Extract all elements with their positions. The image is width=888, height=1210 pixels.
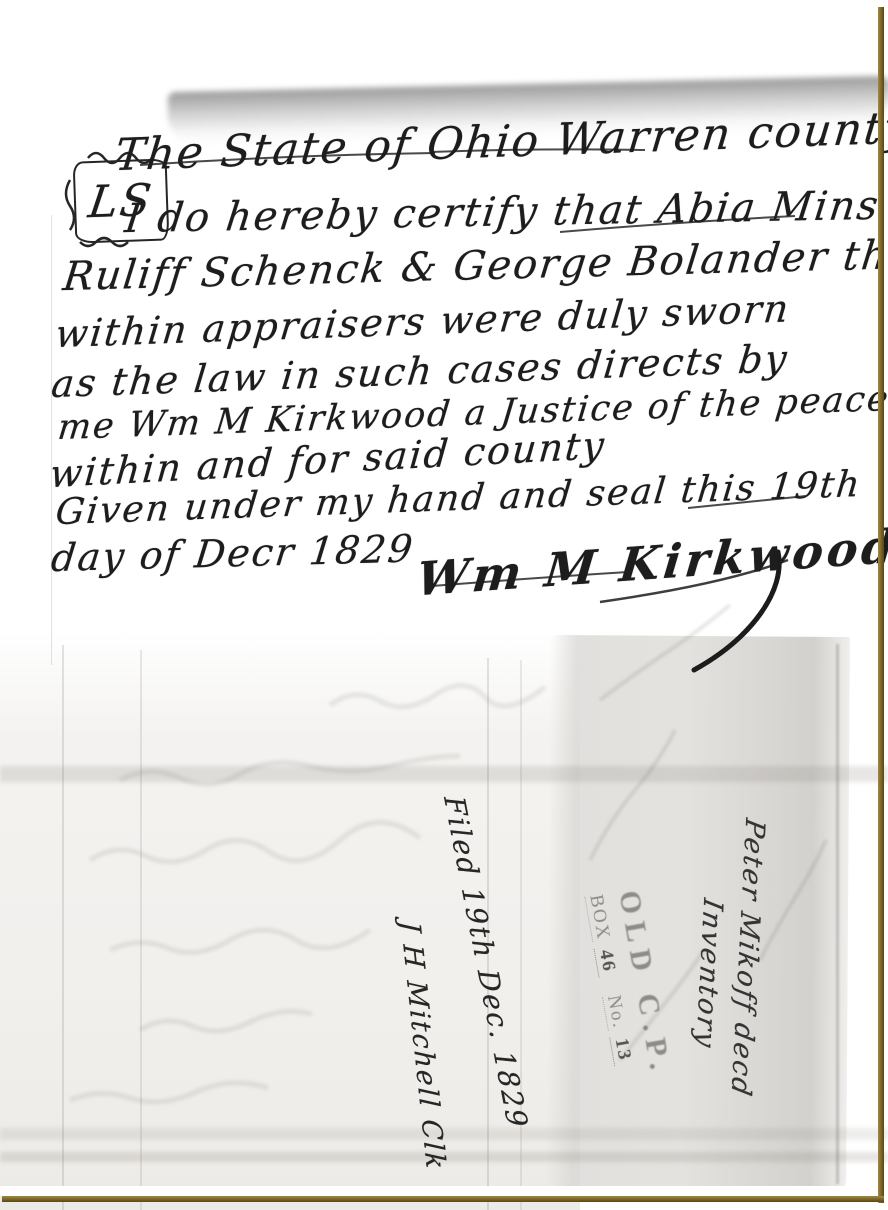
stamp-spacer bbox=[601, 980, 623, 990]
no-value: 13 bbox=[609, 1034, 636, 1066]
frame-border-right bbox=[878, 7, 884, 1203]
folded-panel-edge bbox=[836, 644, 839, 1184]
justice-signature: Wm M Kirkwood J.P. bbox=[414, 510, 888, 606]
box-value: 46 bbox=[594, 945, 621, 977]
paper-bottom-margin bbox=[0, 1186, 888, 1196]
frame-border-bottom bbox=[2, 1196, 884, 1202]
paper-left-edge-line bbox=[51, 215, 52, 665]
scanned-document-page: LS The State of Ohio Warren county, I do… bbox=[0, 0, 888, 1210]
body-line-2: I do hereby certify that Abia Mins bbox=[122, 183, 882, 242]
body-line-9: day of Decr 1829 bbox=[49, 527, 417, 581]
vertical-fold-line bbox=[140, 650, 142, 1210]
vertical-fold-line bbox=[62, 645, 64, 1210]
horizontal-crease bbox=[0, 766, 888, 782]
